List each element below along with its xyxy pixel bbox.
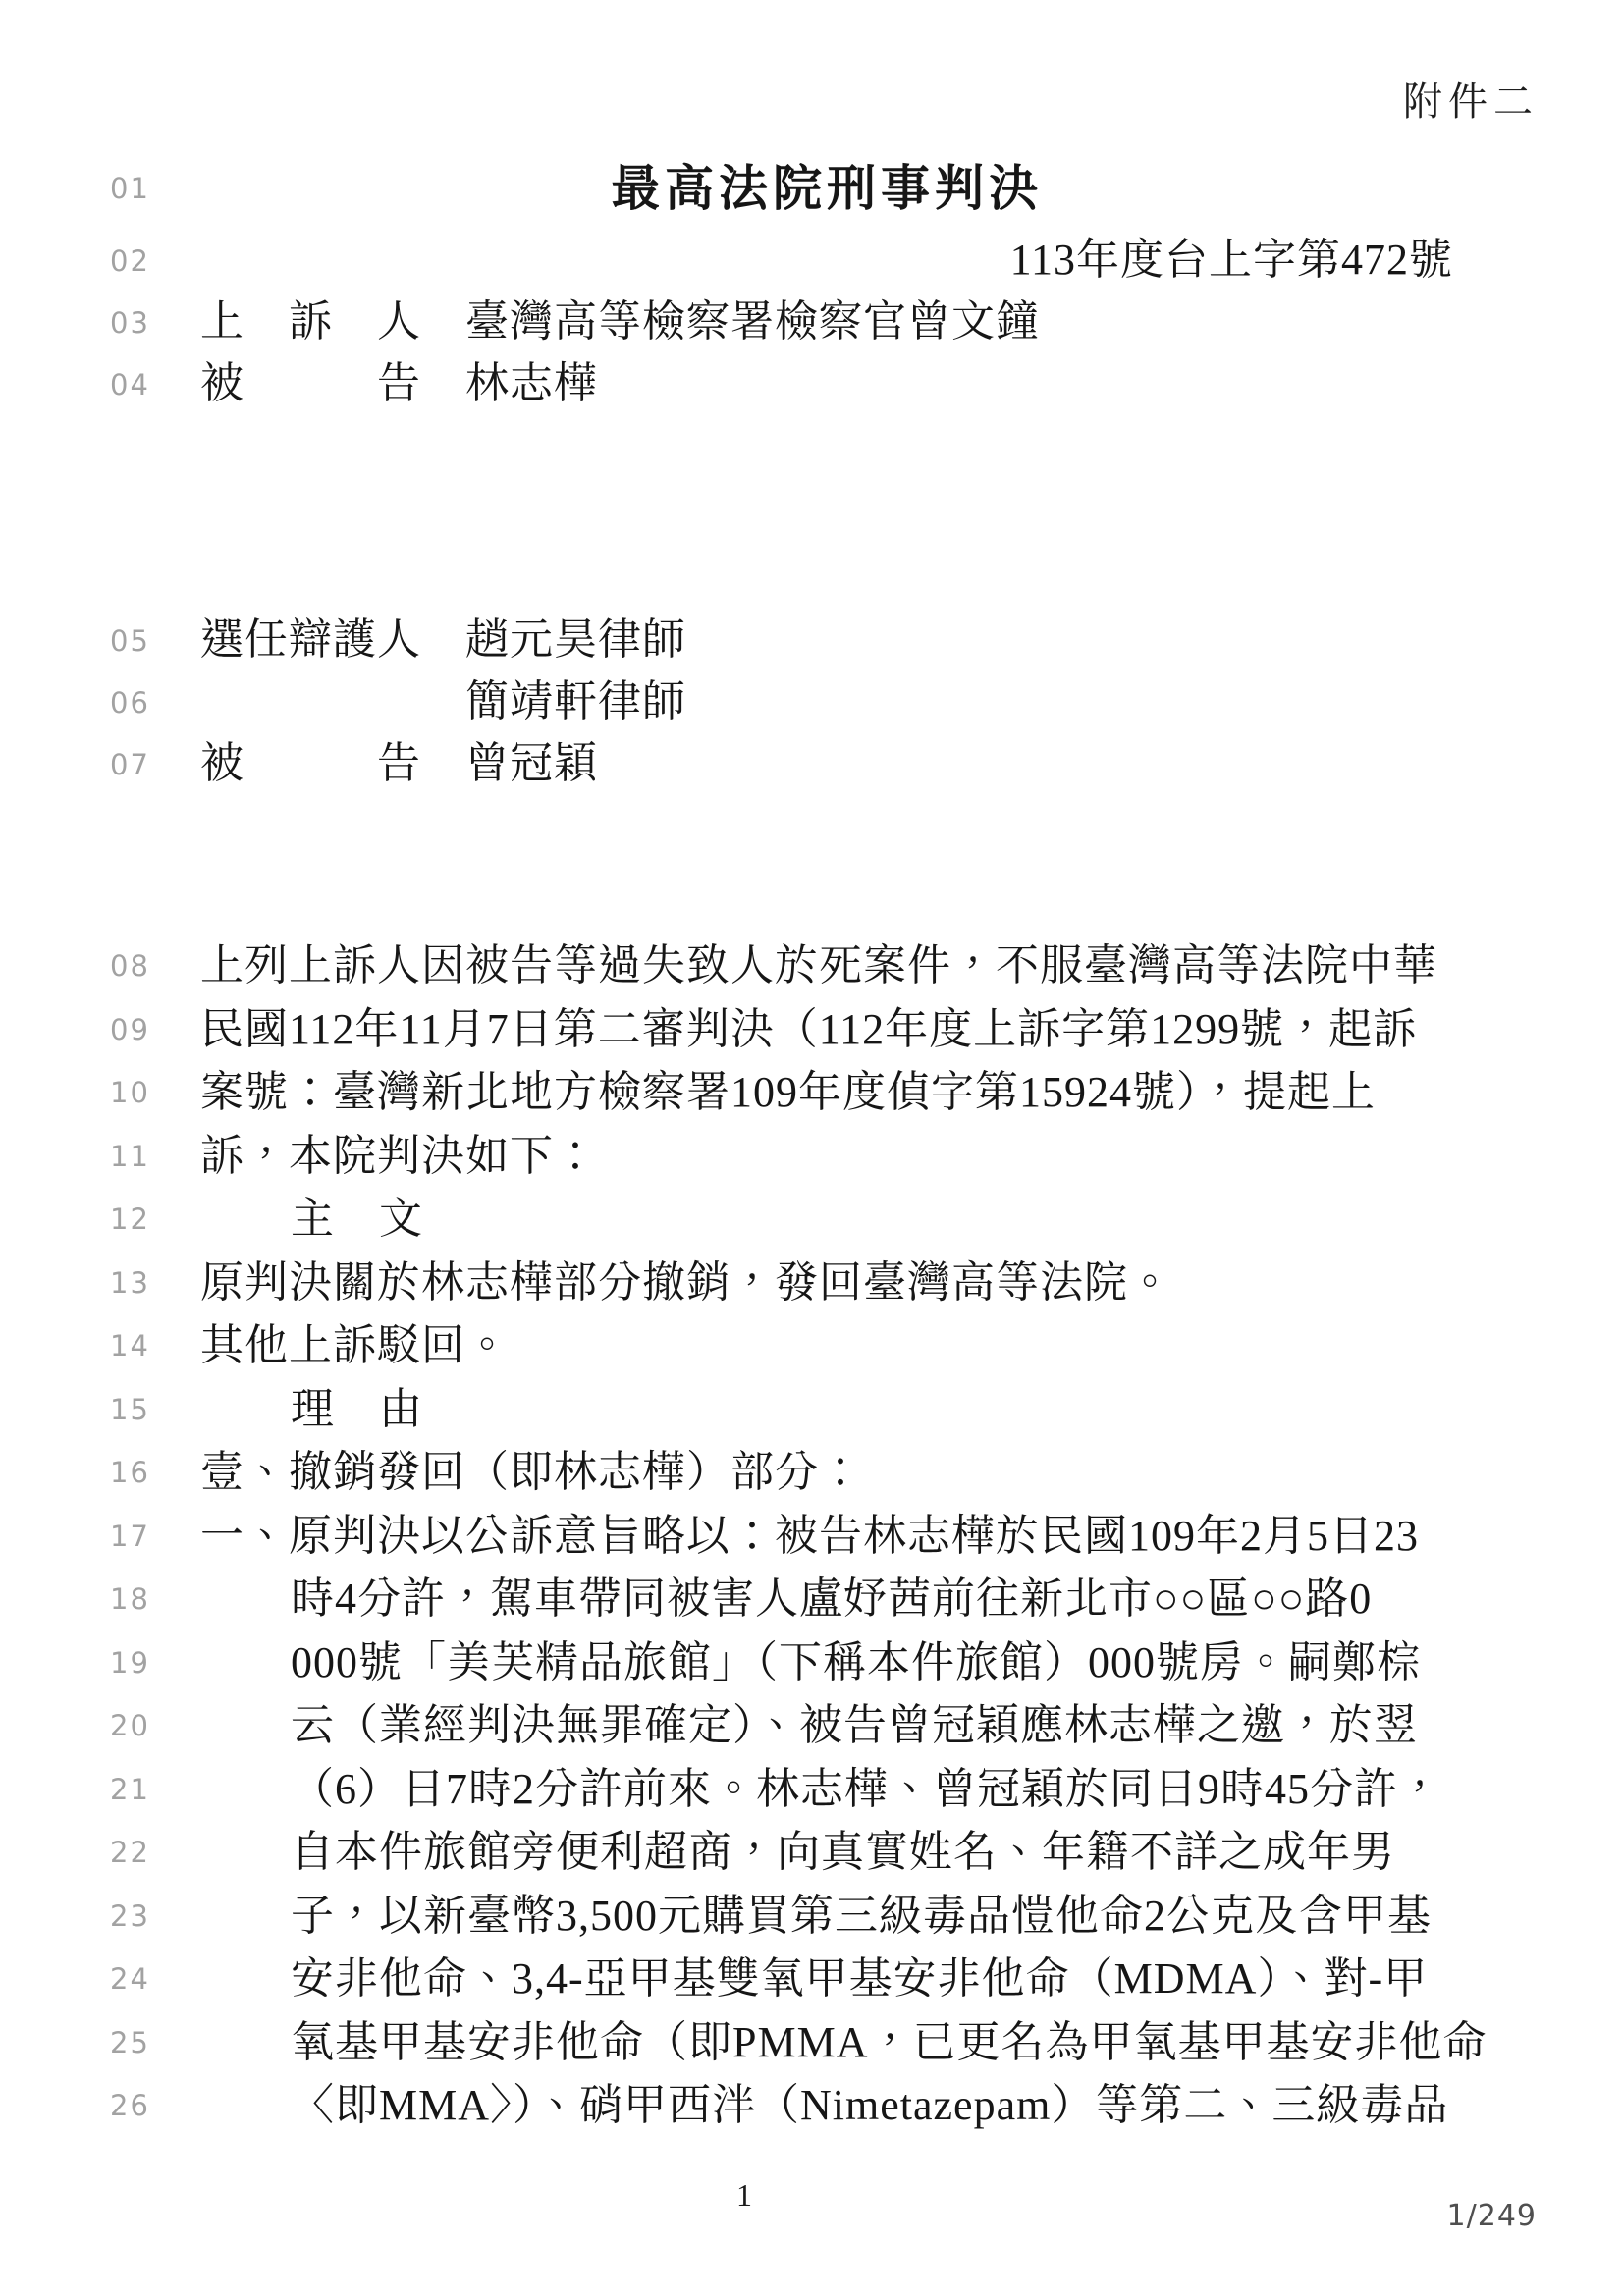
line-number: 09	[110, 1013, 167, 1046]
line-text: 上列上訴人因被告等過失致人於死案件，不服臺灣高等法院中華	[200, 942, 1453, 989]
line-text: 主 文	[200, 1196, 1453, 1243]
line-text: 安非他命、3,4-亞甲基雙氧甲基安非他命（MDMA）、對-甲	[200, 1955, 1453, 2002]
line-text: 壹、撤銷發回（即林志樺）部分：	[200, 1449, 1453, 1496]
document-line: 21（6）日7時2分許前來。林志樺、曾冠穎於同日9時45分許，	[0, 1758, 1623, 1822]
line-text: 簡靖軒律師	[200, 678, 1453, 725]
line-number: 25	[110, 2026, 167, 2059]
document-line: 11訴，本院判決如下：	[0, 1125, 1623, 1189]
line-number: 14	[110, 1329, 167, 1362]
line-number: 23	[110, 1899, 167, 1933]
line-text: 原判決關於林志樺部分撤銷，發回臺灣高等法院。	[200, 1259, 1453, 1307]
line-number: 08	[110, 949, 167, 983]
document-line: 04被 告 林志樺	[0, 353, 1623, 415]
document-line: 14其他上訴駁回。	[0, 1314, 1623, 1378]
document-line: 26〈即MMA〉）、硝甲西泮（Nimetazepam）等第二、三級毒品	[0, 2074, 1623, 2138]
line-number: 11	[110, 1140, 167, 1173]
line-text: 000號「美芙精品旅館」（下稱本件旅館）000號房。嗣鄭棕	[200, 1639, 1453, 1686]
line-number: 01	[110, 172, 167, 205]
document-line: 07被 告 曾冠穎	[0, 733, 1623, 795]
line-number: 15	[110, 1393, 167, 1426]
line-text: 時4分許，駕車帶同被害人盧妤茜前往新北市○○區○○路0	[200, 1575, 1453, 1623]
document-lines: 01最高法院刑事判決02113年度台上字第472號03上 訴 人 臺灣高等檢察署…	[0, 147, 1623, 2138]
line-text: 被 告 林志樺	[200, 360, 1453, 407]
line-text: 一、原判決以公訴意旨略以：被告林志樺於民國109年2月5日23	[200, 1513, 1453, 1560]
line-number: 19	[110, 1646, 167, 1680]
line-number: 17	[110, 1520, 167, 1553]
line-text: 113年度台上字第472號	[200, 237, 1453, 284]
line-number: 22	[110, 1836, 167, 1869]
line-text: （6）日7時2分許前來。林志樺、曾冠穎於同日9時45分許，	[200, 1766, 1453, 1813]
line-number: 12	[110, 1202, 167, 1236]
document-line: 12主 文	[0, 1188, 1623, 1252]
line-text: 案號：臺灣新北地方檢察署109年度偵字第15924號），提起上	[200, 1069, 1453, 1116]
footer-page-number: 1	[685, 2177, 803, 2214]
document-line: 15理 由	[0, 1378, 1623, 1442]
attachment-label: 附件二	[1403, 71, 1539, 127]
line-text: 自本件旅館旁便利超商，向真實姓名、年籍不詳之成年男	[200, 1829, 1453, 1876]
line-number: 06	[110, 686, 167, 720]
line-number: 05	[110, 624, 167, 658]
document-line: 02113年度台上字第472號	[0, 230, 1623, 292]
footer-page-indicator: 1/249	[1447, 2199, 1537, 2233]
line-text: 氧基甲基安非他命（即PMMA，已更名為甲氧基甲基安非他命	[200, 2019, 1453, 2066]
document-line: 01最高法院刑事判決	[0, 147, 1623, 230]
line-text: 被 告 曾冠穎	[200, 740, 1453, 787]
line-text: 最高法院刑事判決	[200, 162, 1453, 216]
line-text: 民國112年11月7日第二審判決（112年度上訴字第1299號，起訴	[200, 1006, 1453, 1053]
line-number: 10	[110, 1076, 167, 1109]
line-number: 04	[110, 368, 167, 401]
document-line: 06 簡靖軒律師	[0, 671, 1623, 733]
document-line: 19000號「美芙精品旅館」（下稱本件旅館）000號房。嗣鄭棕	[0, 1631, 1623, 1695]
line-number: 13	[110, 1266, 167, 1300]
document-line: 10案號：臺灣新北地方檢察署109年度偵字第15924號），提起上	[0, 1061, 1623, 1125]
line-text: 上 訴 人 臺灣高等檢察署檢察官曾文鐘	[200, 298, 1453, 346]
line-number: 03	[110, 306, 167, 340]
line-number: 26	[110, 2089, 167, 2122]
line-text: 訴，本院判決如下：	[200, 1133, 1453, 1180]
line-text: 其他上訴駁回。	[200, 1322, 1453, 1369]
document-line: 23子，以新臺幣3,500元購買第三級毒品愷他命2公克及含甲基	[0, 1885, 1623, 1949]
line-text: 選任辯護人 趙元昊律師	[200, 616, 1453, 664]
document-line: 08上列上訴人因被告等過失致人於死案件，不服臺灣高等法院中華	[0, 934, 1623, 998]
line-number: 21	[110, 1773, 167, 1806]
document-line: 09民國112年11月7日第二審判決（112年度上訴字第1299號，起訴	[0, 998, 1623, 1062]
document-line: 24安非他命、3,4-亞甲基雙氧甲基安非他命（MDMA）、對-甲	[0, 1948, 1623, 2011]
line-text: 云（業經判決無罪確定）、被告曾冠穎應林志樺之邀，於翌	[200, 1702, 1453, 1749]
line-number: 18	[110, 1582, 167, 1616]
line-number: 07	[110, 748, 167, 781]
line-number: 16	[110, 1456, 167, 1489]
line-text: 〈即MMA〉）、硝甲西泮（Nimetazepam）等第二、三級毒品	[200, 2082, 1453, 2129]
line-text: 子，以新臺幣3,500元購買第三級毒品愷他命2公克及含甲基	[200, 1893, 1453, 1940]
document-line: 18時4分許，駕車帶同被害人盧妤茜前往新北市○○區○○路0	[0, 1568, 1623, 1631]
line-number: 20	[110, 1709, 167, 1742]
line-number: 02	[110, 244, 167, 278]
judgment-page: 附件二 01最高法院刑事判決02113年度台上字第472號03上 訴 人 臺灣高…	[0, 0, 1623, 2296]
document-line: 17一、原判決以公訴意旨略以：被告林志樺於民國109年2月5日23	[0, 1505, 1623, 1569]
document-line: 16壹、撤銷發回（即林志樺）部分：	[0, 1441, 1623, 1505]
document-line: 03上 訴 人 臺灣高等檢察署檢察官曾文鐘	[0, 292, 1623, 353]
line-text: 理 由	[200, 1386, 1453, 1433]
document-line: 05選任辯護人 趙元昊律師	[0, 610, 1623, 671]
document-line: 22自本件旅館旁便利超商，向真實姓名、年籍不詳之成年男	[0, 1821, 1623, 1885]
line-number: 24	[110, 1962, 167, 1996]
document-line: 25氧基甲基安非他命（即PMMA，已更名為甲氧基甲基安非他命	[0, 2011, 1623, 2075]
document-line: 13原判決關於林志樺部分撤銷，發回臺灣高等法院。	[0, 1252, 1623, 1315]
document-line: 20云（業經判決無罪確定）、被告曾冠穎應林志樺之邀，於翌	[0, 1694, 1623, 1758]
